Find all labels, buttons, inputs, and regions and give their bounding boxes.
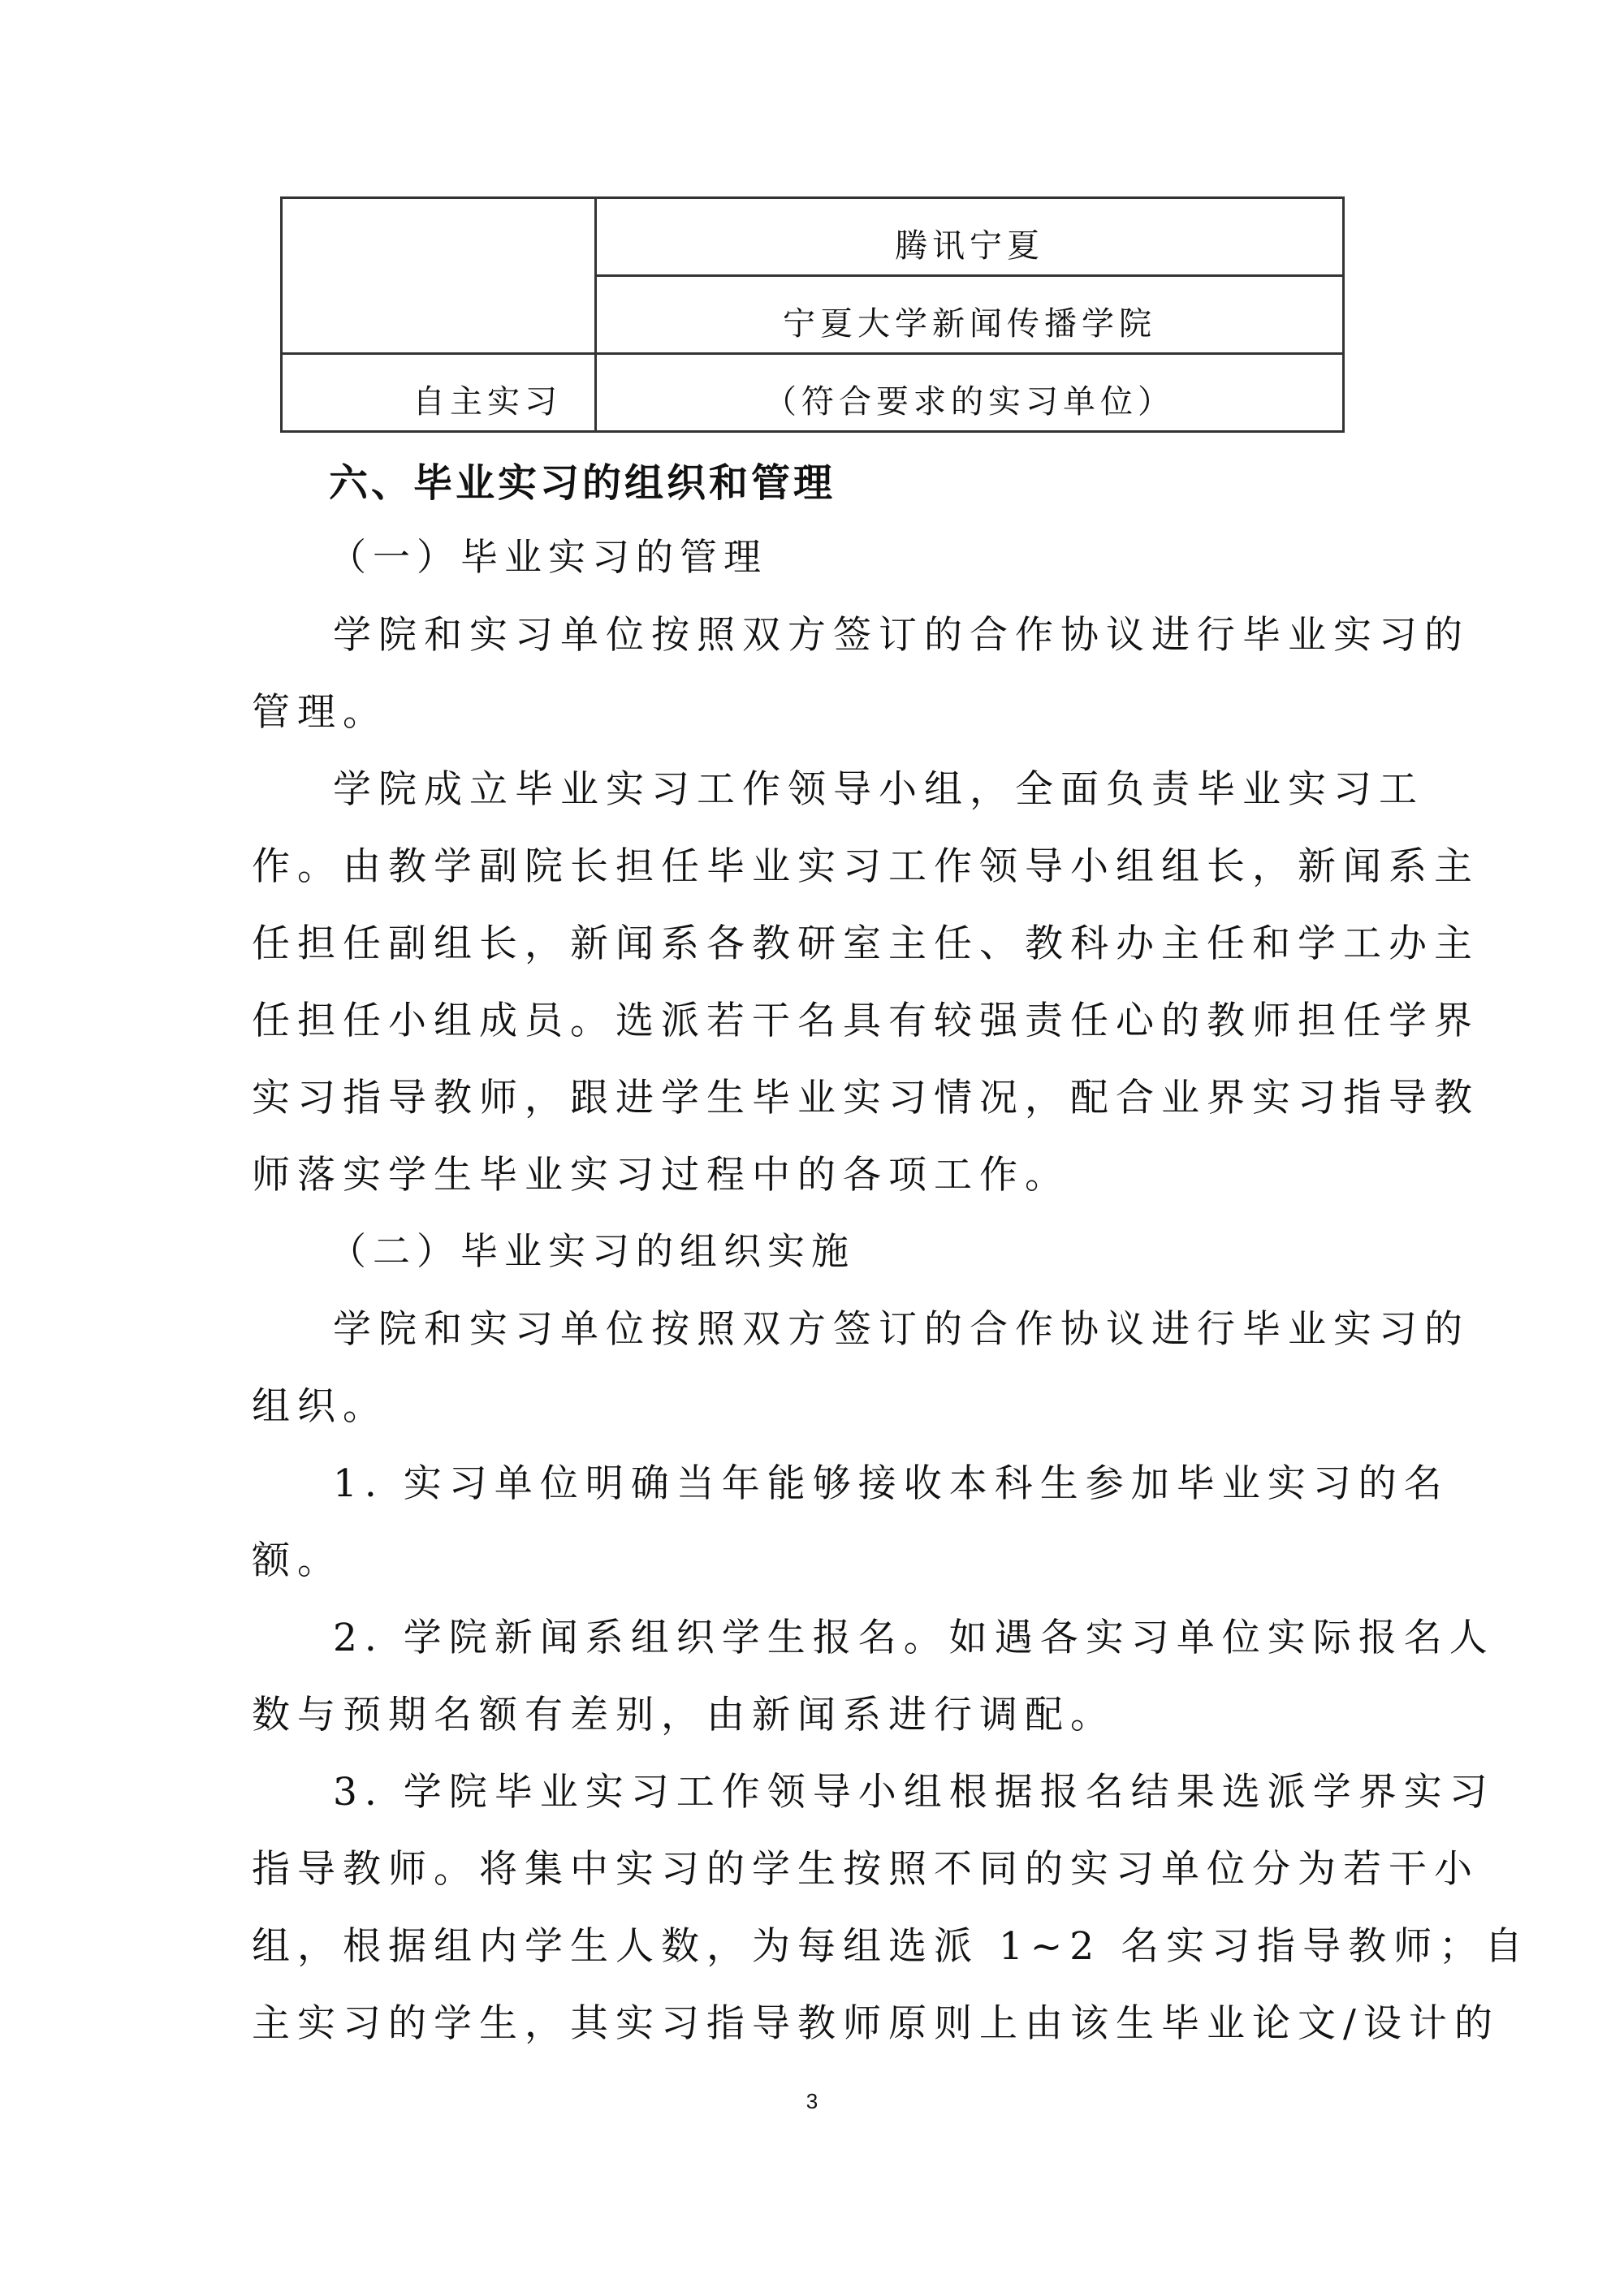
table-cell-unit: （符合要求的实习单位）: [596, 354, 1344, 432]
paragraph-line: 额。: [252, 1530, 343, 1585]
table-cell-unit: 宁夏大学新闻传播学院: [596, 276, 1344, 354]
subsection-heading: （一）毕业实习的管理: [329, 528, 767, 581]
paragraph-line: 数与预期名额有差别，由新闻系进行调配。: [252, 1685, 1116, 1739]
paragraph-line: 2. 学院新闻系组织学生报名。如遇各实习单位实际报名人: [333, 1608, 1495, 1662]
document-page: 腾讯宁夏 宁夏大学新闻传播学院 自主实习 （符合要求的实习单位） 六、毕业实习的…: [0, 0, 1624, 2296]
table-cell-unit: 腾讯宁夏: [596, 198, 1344, 276]
paragraph-line: 学院和实习单位按照双方签订的合作协议进行毕业实习的: [333, 605, 1470, 659]
paragraph-line: 1. 实习单位明确当年能够接收本科生参加毕业实习的名: [333, 1453, 1449, 1508]
paragraph-line: 作。由教学副院长担任毕业实习工作领导小组组长，新闻系主: [252, 836, 1479, 891]
paragraph-line: 任担任小组成员。选派若干名具有较强责任心的教师担任学界: [252, 990, 1479, 1045]
table-cell-category: [282, 198, 596, 354]
table-row: 自主实习 （符合要求的实习单位）: [282, 354, 1344, 432]
section-heading: 六、毕业实习的组织和管理: [329, 451, 836, 507]
internship-units-table: 腾讯宁夏 宁夏大学新闻传播学院 自主实习 （符合要求的实习单位）: [280, 196, 1345, 433]
paragraph-line: 3. 学院毕业实习工作领导小组根据报名结果选派学界实习: [333, 1762, 1495, 1816]
paragraph-line: 任担任副组长，新闻系各教研室主任、教科办主任和学工办主: [252, 913, 1479, 968]
paragraph-line: 组织。: [252, 1376, 388, 1431]
subsection-heading: （二）毕业实习的组织实施: [329, 1222, 855, 1275]
paragraph-line: 指导教师。将集中实习的学生按照不同的实习单位分为若干小: [252, 1839, 1479, 1893]
paragraph-line: 组，根据组内学生人数，为每组选派 1~2 名实习指导教师；自: [252, 1916, 1530, 1970]
paragraph-line: 学院和实习单位按照双方签订的合作协议进行毕业实习的: [333, 1299, 1470, 1353]
paragraph-line: 主实习的学生，其实习指导教师原则上由该生毕业论文/设计的: [252, 1993, 1500, 2048]
paragraph-line: 师落实学生毕业实习过程中的各项工作。: [252, 1145, 1070, 1199]
paragraph-line: 学院成立毕业实习工作领导小组，全面负责毕业实习工: [333, 759, 1424, 814]
paragraph-line: 管理。: [252, 682, 388, 736]
page-number: 3: [0, 2089, 1624, 2114]
table-cell-category: 自主实习: [282, 354, 596, 432]
table-row: 腾讯宁夏: [282, 198, 1344, 276]
paragraph-line: 实习指导教师，跟进学生毕业实习情况，配合业界实习指导教: [252, 1068, 1479, 1122]
